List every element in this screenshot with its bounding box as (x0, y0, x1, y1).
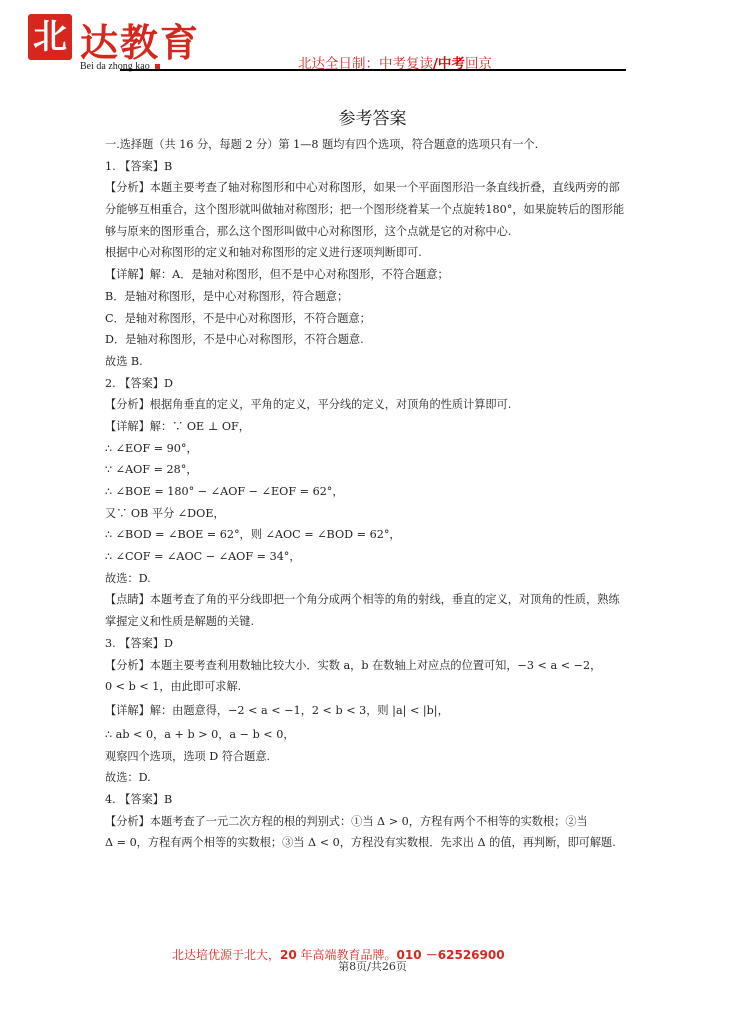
analysis-line: 分能够互相重合，这个图形就叫做轴对称图形；把一个图形绕着某一个点旋转180°，如… (105, 199, 645, 221)
comment-line: 掌握定义和性质是解题的关键. (105, 611, 645, 633)
page-title: 参考答案 (0, 104, 745, 129)
math-line: ∴ ∠BOE = 180° − ∠AOF − ∠EOF = 62°， (105, 481, 645, 503)
section-heading: 一.选择题（共 16 分，每题 2 分）第 1—8 题均有四个选项，符合题意的选… (105, 134, 645, 156)
answer-line: 1. 【答案】B (105, 156, 645, 178)
detail-line: 【详解】解：由题意得，−2 < a < −1，2 < b < 3，则 |a| <… (105, 698, 645, 724)
detail-line: D．是轴对称图形，不是中心对称图形，不符合题意. (105, 329, 645, 351)
analysis-line: 够与原来的图形重合，那么这个图形叫做中心对称图形，这个点就是它的对称中心. (105, 221, 645, 243)
analysis-line: 0 < b < 1，由此即可求解. (105, 676, 645, 698)
detail-line: C．是轴对称图形，不是中心对称图形，不符合题意； (105, 308, 645, 330)
logo-name: 达教育 (80, 12, 200, 67)
answer-line: 2. 【答案】D (105, 373, 645, 395)
answer-line: 3. 【答案】D (105, 633, 645, 655)
analysis-line: Δ = 0，方程有两个相等的实数根；③当 Δ < 0，方程没有实数根．先求出 Δ… (105, 832, 645, 854)
analysis-line: 根据中心对称图形的定义和轴对称图形的定义进行逐项判断即可. (105, 242, 645, 264)
math-line: ∴ ab < 0，a + b > 0，a − b < 0， (105, 724, 645, 746)
detail-line: 【详解】解：∵ OE ⊥ OF， (105, 416, 645, 438)
brand-logo: 北 达教育 Bei da zhong kao (24, 14, 204, 76)
math-line: ∴ ∠COF = ∠AOC − ∠AOF = 34°， (105, 546, 645, 568)
detail-line: B．是轴对称图形，是中心对称图形，符合题意； (105, 286, 645, 308)
math-line: ∴ ∠BOD = ∠BOE = 62°，则 ∠AOC = ∠BOD = 62°， (105, 524, 645, 546)
analysis-line: 【分析】本题主要考查利用数轴比较大小．实数 a，b 在数轴上对应点的位置可知，−… (105, 655, 645, 677)
math-line: ∵ ∠AOF = 28°， (105, 459, 645, 481)
logo-mark-icon: 北 (28, 14, 72, 60)
header-divider (120, 69, 626, 71)
page-indicator: 第8页/共26页 (0, 958, 745, 974)
math-line: ∴ ∠EOF = 90°， (105, 438, 645, 460)
detail-line: 观察四个选项，选项 D 符合题意. (105, 746, 645, 768)
detail-line: 【详解】解：A．是轴对称图形，但不是中心对称图形，不符合题意； (105, 264, 645, 286)
analysis-line: 【分析】本题考查了一元二次方程的根的判别式：①当 Δ > 0，方程有两个不相等的… (105, 811, 645, 833)
conclusion-line: 故选：D. (105, 767, 645, 789)
analysis-line: 【分析】根据角垂直的定义，平角的定义，平分线的定义，对顶角的性质计算即可. (105, 394, 645, 416)
conclusion-line: 故选 B. (105, 351, 645, 373)
math-line: 又∵ OB 平分 ∠DOE， (105, 503, 645, 525)
conclusion-line: 故选：D. (105, 568, 645, 590)
comment-line: 【点睛】本题考查了角的平分线即把一个角分成两个相等的角的射线，垂直的定义，对顶角… (105, 589, 645, 611)
answer-content: 一.选择题（共 16 分，每题 2 分）第 1—8 题均有四个选项，符合题意的选… (105, 134, 645, 854)
answer-line: 4. 【答案】B (105, 789, 645, 811)
analysis-line: 【分析】本题主要考查了轴对称图形和中心对称图形，如果一个平面图形沿一条直线折叠，… (105, 177, 645, 199)
